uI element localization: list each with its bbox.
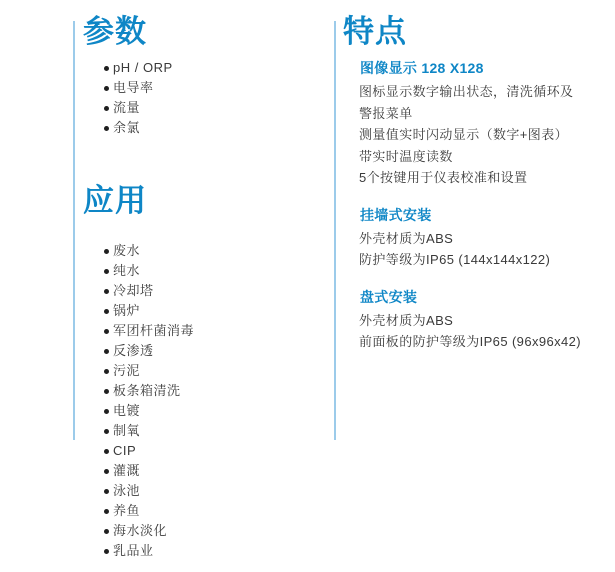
feature-lines: 外壳材质为ABS 防护等级为IP65 (144x144x122)	[359, 228, 604, 271]
bullet-icon	[104, 309, 109, 314]
feature-text-line: 外壳材质为ABS	[359, 228, 604, 250]
feature-text-line: 测量值实时闪动显示（数字+图表）	[359, 124, 604, 146]
feature-text-line: 外壳材质为ABS	[359, 310, 604, 332]
feature-lines: 图标显示数字输出状态，清洗循环及 警报菜单 测量值实时闪动显示（数字+图表） 带…	[359, 81, 604, 189]
feature-text-line: 防护等级为IP65 (144x144x122)	[359, 249, 604, 271]
bullet-icon	[104, 106, 109, 111]
bullet-icon	[104, 66, 109, 71]
application-list-item: 反渗透	[84, 341, 319, 361]
bullet-icon	[104, 349, 109, 354]
feature-section: 图像显示 128 X128 图标显示数字输出状态，清洗循环及 警报菜单 测量值实…	[359, 60, 604, 189]
bullet-icon	[104, 489, 109, 494]
application-list-item: 冷却塔	[84, 281, 319, 301]
feature-subheading: 图像显示 128 X128	[360, 60, 604, 76]
feature-text-line: 前面板的防护等级为IP65 (96x96x42)	[359, 331, 604, 353]
application-list-item: CIP	[84, 441, 319, 461]
application-label: 反渗透	[113, 343, 154, 358]
feature-section: 挂墙式安装 外壳材质为ABS 防护等级为IP65 (144x144x122)	[359, 207, 604, 271]
bullet-icon	[104, 389, 109, 394]
application-list-item: 纯水	[84, 261, 319, 281]
bullet-icon	[104, 249, 109, 254]
application-label: 养鱼	[113, 503, 140, 518]
features-title: 特点	[343, 15, 407, 48]
parameter-label: 余氯	[113, 120, 140, 135]
application-list-item: 灌溉	[84, 461, 319, 481]
application-list-item: 板条箱清洗	[84, 381, 319, 401]
bullet-icon	[104, 549, 109, 554]
bullet-icon	[104, 369, 109, 374]
application-list-item: 制氧	[84, 421, 319, 441]
feature-text-line: 图标显示数字输出状态，清洗循环及	[359, 81, 604, 103]
right-accent-line	[334, 21, 336, 440]
application-label: 板条箱清洗	[113, 383, 181, 398]
application-label: 纯水	[113, 263, 140, 278]
bullet-icon	[104, 429, 109, 434]
applications-list: 废水 纯水 冷却塔 锅炉 军团杆菌消毒	[84, 241, 319, 561]
bullet-icon	[104, 509, 109, 514]
application-list-item: 养鱼	[84, 501, 319, 521]
application-label: 泳池	[113, 483, 140, 498]
bullet-icon	[104, 329, 109, 334]
parameter-label: 电导率	[113, 80, 154, 95]
left-accent-line	[73, 21, 75, 440]
application-list-item: 锅炉	[84, 301, 319, 321]
application-list-item: 电镀	[84, 401, 319, 421]
application-list-item: 废水	[84, 241, 319, 261]
application-label: 电镀	[113, 403, 140, 418]
features-content: 图像显示 128 X128 图标显示数字输出状态，清洗循环及 警报菜单 测量值实…	[359, 60, 604, 371]
bullet-icon	[104, 529, 109, 534]
application-label: 军团杆菌消毒	[113, 323, 194, 338]
feature-subheading: 挂墙式安装	[360, 207, 604, 223]
feature-section: 盘式安装 外壳材质为ABS 前面板的防护等级为IP65 (96x96x42)	[359, 289, 604, 353]
bullet-icon	[104, 126, 109, 131]
feature-subheading: 盘式安装	[360, 289, 604, 305]
application-label: 灌溉	[113, 463, 140, 478]
application-list-item: 军团杆菌消毒	[84, 321, 319, 341]
application-list-item: 海水淡化	[84, 521, 319, 541]
application-label: 冷却塔	[113, 283, 154, 298]
bullet-icon	[104, 86, 109, 91]
feature-text-line: 5个按键用于仪表校准和设置	[359, 167, 604, 189]
parameter-list-item: pH / ORP	[84, 58, 319, 78]
application-label: 锅炉	[113, 303, 140, 318]
bullet-icon	[104, 289, 109, 294]
parameter-list-item: 电导率	[84, 78, 319, 98]
bullet-icon	[104, 409, 109, 414]
parameter-label: pH / ORP	[113, 60, 173, 75]
application-list-item: 乳品业	[84, 541, 319, 561]
parameters-list: pH / ORP 电导率 流量 余氯	[84, 58, 319, 138]
application-label: 污泥	[113, 363, 140, 378]
parameter-list-item: 余氯	[84, 118, 319, 138]
datasheet-page: 参数 pH / ORP 电导率 流量 余氯 应用	[0, 0, 615, 572]
application-list-item: 泳池	[84, 481, 319, 501]
bullet-icon	[104, 469, 109, 474]
bullet-icon	[104, 449, 109, 454]
applications-title: 应用	[83, 184, 147, 217]
application-label: 制氧	[113, 423, 140, 438]
bullet-icon	[104, 269, 109, 274]
application-list-item: 污泥	[84, 361, 319, 381]
parameter-label: 流量	[113, 100, 140, 115]
application-label: 海水淡化	[113, 523, 167, 538]
application-label: 乳品业	[113, 543, 154, 558]
feature-text-line: 警报菜单	[359, 103, 604, 125]
parameter-list-item: 流量	[84, 98, 319, 118]
application-label: CIP	[113, 443, 136, 458]
parameters-title: 参数	[83, 15, 147, 48]
application-label: 废水	[113, 243, 140, 258]
feature-text-line: 带实时温度读数	[359, 146, 604, 168]
feature-lines: 外壳材质为ABS 前面板的防护等级为IP65 (96x96x42)	[359, 310, 604, 353]
